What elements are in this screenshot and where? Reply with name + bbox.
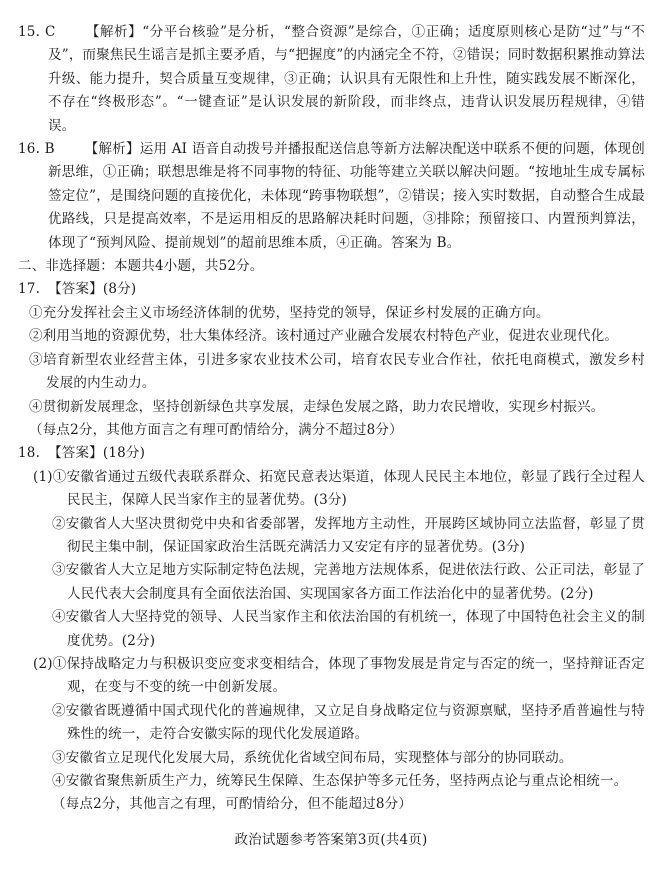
q18-heading-line: 18.【答案】(18分): [18, 442, 645, 465]
exam-answer-page: 15. C【解析】“分平台核验”是分析，“整合资源”是综合，①正确；适度原则核心…: [0, 0, 662, 890]
q18-scoring-note: （每点2分，其他言之有理，可酌情给分，但不能超过8分）: [18, 793, 645, 816]
q17-point-1: ①充分发挥社会主义市场经济体制的优势，坚持党的领导，保证乡村发展的正确方向。: [18, 302, 645, 325]
q17-heading-line: 17.【答案】(8分): [18, 278, 645, 301]
q17-point-2: ②利用当地的资源优势，壮大集体经济。该村通过产业融合发展农村特色产业，促进农业现…: [18, 325, 645, 348]
q16-analysis-text: 【解析】运用 AI 语音自动拨号并播报配送信息等新方法解决配送中联系不便的问题，…: [48, 141, 645, 251]
q18-part1-point-3: ③安徽省人大立足地方实际制定特色法规，完善地方法规体系，促进依法行政、公正司法，…: [18, 559, 645, 606]
q15-analysis-text: 【解析】“分平台核验”是分析，“整合资源”是综合，①正确；适度原则核心是防“过”…: [48, 24, 645, 134]
section2-header: 二、非选择题：本题共4小题，共52分。: [18, 255, 645, 278]
q18-number-label: 18.: [18, 445, 40, 461]
q18-part2-point-1: (2)①保持战略定力与积极识变应变求变相结合，体现了事物发展是肯定与否定的统一，…: [18, 653, 645, 700]
q17-point-4: ④贯彻新发展理念，坚持创新绿色共享发展，走绿色发展之路，助力农民增收，实现乡村振…: [18, 396, 645, 419]
q16-answer-label: 16. B: [18, 141, 55, 157]
q17-scoring-note: （每点2分，其他方面言之有理可酌情给分，满分不超过8分）: [18, 419, 645, 442]
q16-answer-block: 16. B【解析】运用 AI 语音自动拨号并播报配送信息等新方法解决配送中联系不…: [18, 138, 645, 255]
q18-part2-point-2: ②安徽省既遵循中国式现代化的普遍规律，又立足自身战略定位与资源禀赋，坚持矛盾普遍…: [18, 700, 645, 747]
page-footer: 政治试题参考答案第3页(共4页): [0, 829, 662, 852]
q18-part1-point-1: (1)①安徽省通过五级代表联系群众、拓宽民意表达渠道，体现人民民主本地位，彰显了…: [18, 466, 645, 513]
q18-part2-point-4: ④安徽省聚焦新质生产力，统筹民生保障、生态保护等多元任务，坚持两点论与重点论相统…: [18, 770, 645, 793]
q18-part2-label: (2): [33, 656, 53, 672]
q17-point-3: ③培育新型农业经营主体，引进多家农业技术公司，培育农民专业合作社，依托电商模式，…: [18, 349, 645, 396]
q15-answer-label: 15. C: [18, 24, 55, 40]
q18-part1-point-2: ②安徽省人大坚决贯彻党中央和省委部署，发挥地方主动性，开展跨区域协同立法监督，彰…: [18, 513, 645, 560]
q17-number-label: 17.: [18, 281, 40, 297]
q18-heading-text: 【答案】(18分): [48, 445, 145, 461]
q17-heading-text: 【答案】(8分): [48, 281, 136, 297]
q18-part1-label: (1): [33, 469, 53, 485]
q18-part2-point-1-text: ①保持战略定力与积极识变应变求变相结合，体现了事物发展是肯定与否定的统一，坚持辩…: [53, 656, 645, 695]
q18-part1-point-1-text: ①安徽省通过五级代表联系群众、拓宽民意表达渠道，体现人民民主本地位，彰显了践行全…: [53, 469, 645, 508]
q15-answer-block: 15. C【解析】“分平台核验”是分析，“整合资源”是综合，①正确；适度原则核心…: [18, 21, 645, 138]
q18-part2-point-3: ③安徽省立足现代化发展大局，系统优化省域空间布局，实现整体与部分的协同联动。: [18, 747, 645, 770]
q18-part1-point-4: ④安徽省人大坚持党的领导、人民当家作主和依法治国的有机统一，体现了中国特色社会主…: [18, 606, 645, 653]
